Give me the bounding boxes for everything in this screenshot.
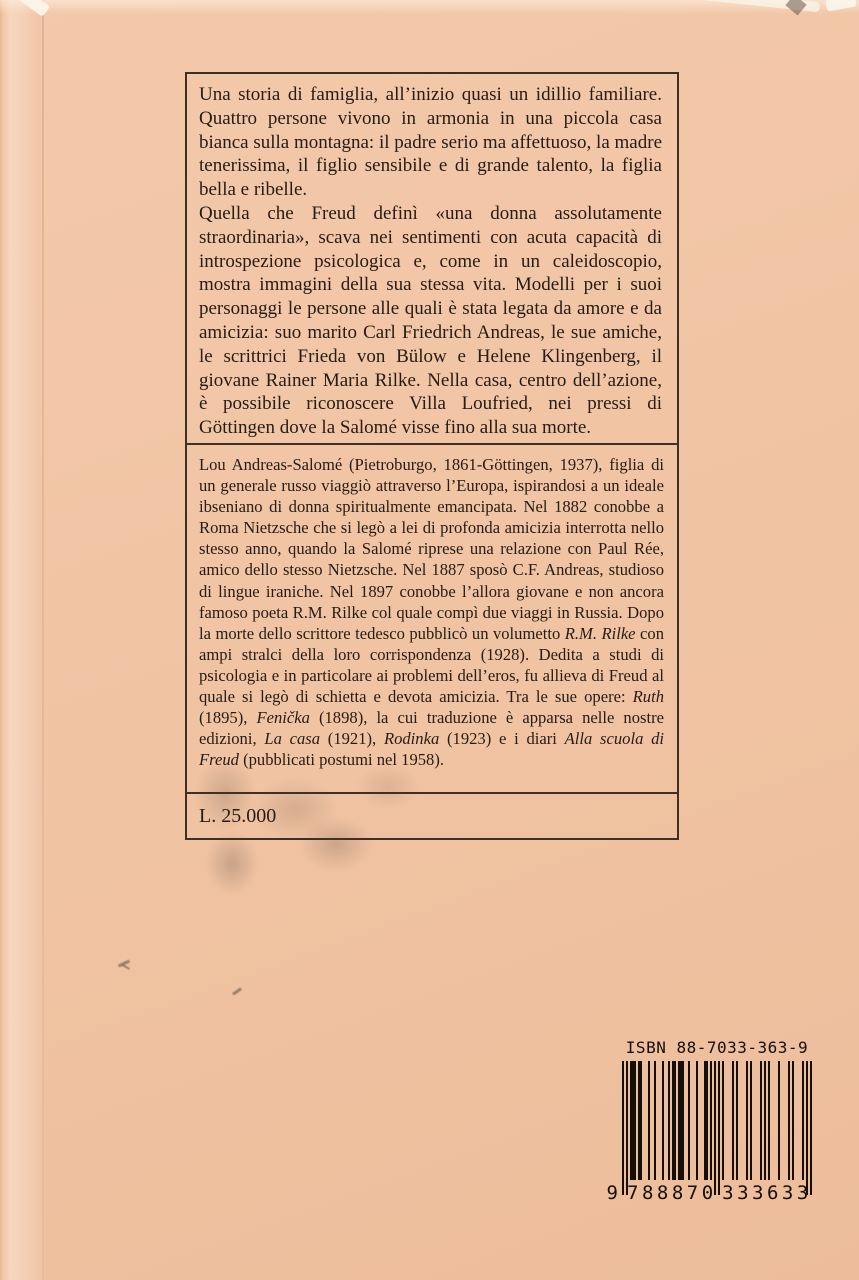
bio-text-run: (1921),	[320, 729, 384, 748]
bio-work-title: Rodinka	[384, 729, 439, 748]
bio-text-run: (1923) e i diari	[439, 729, 564, 748]
bio-paragraph: Lou Andreas-Salomé (Pietroburgo, 1861-Gö…	[199, 454, 664, 770]
bio-work-title: Ruth	[633, 687, 664, 706]
bio-section: Lou Andreas-Salomé (Pietroburgo, 1861-Gö…	[187, 443, 677, 792]
bio-text-run: Lou Andreas-Salomé (Pietroburgo, 1861-Gö…	[199, 455, 664, 643]
barcode-bars	[622, 1061, 814, 1195]
price-section: L. 25.000	[187, 792, 677, 838]
pencil-mark	[232, 987, 242, 995]
spine-crease-line	[42, 0, 44, 1280]
synopsis-paragraph-2: Quella che Freud definì «una donna assol…	[199, 202, 662, 440]
bio-work-title: Fenička	[256, 708, 309, 727]
ean-digit-group-2: 333633	[719, 1182, 815, 1204]
barcode-block: ISBN 88-7033-363-9 9 788870 333633	[600, 1038, 814, 1204]
ink-smudge	[206, 832, 258, 894]
synopsis-paragraph-1: Una storia di famiglia, all’inizio quasi…	[199, 83, 662, 202]
synopsis-section: Una storia di famiglia, all’inizio quasi…	[187, 74, 677, 443]
barcode-digits: 9 788870 333633	[622, 1182, 814, 1204]
spine-fold-highlight	[0, 0, 48, 1280]
book-back-cover: { "cover": { "synopsis": { "p1": "Una st…	[0, 0, 859, 1280]
pencil-mark	[118, 960, 130, 968]
blurb-box: Una storia di famiglia, all’inizio quasi…	[185, 72, 679, 840]
bio-work-title: La casa	[264, 729, 320, 748]
isbn-label: ISBN 88-7033-363-9	[622, 1038, 812, 1057]
pencil-mark	[122, 964, 130, 970]
ean-digit-group-1: 788870	[627, 1182, 715, 1204]
ean-first-digit: 9	[603, 1182, 618, 1204]
barcode-bar	[810, 1061, 812, 1195]
bio-work-title: R.M. Rilke	[565, 624, 636, 643]
bio-text-run: (1895),	[199, 708, 256, 727]
bio-text-run: (pubblicati postumi nel 1958).	[239, 750, 444, 769]
price-label: L. 25.000	[199, 805, 276, 828]
